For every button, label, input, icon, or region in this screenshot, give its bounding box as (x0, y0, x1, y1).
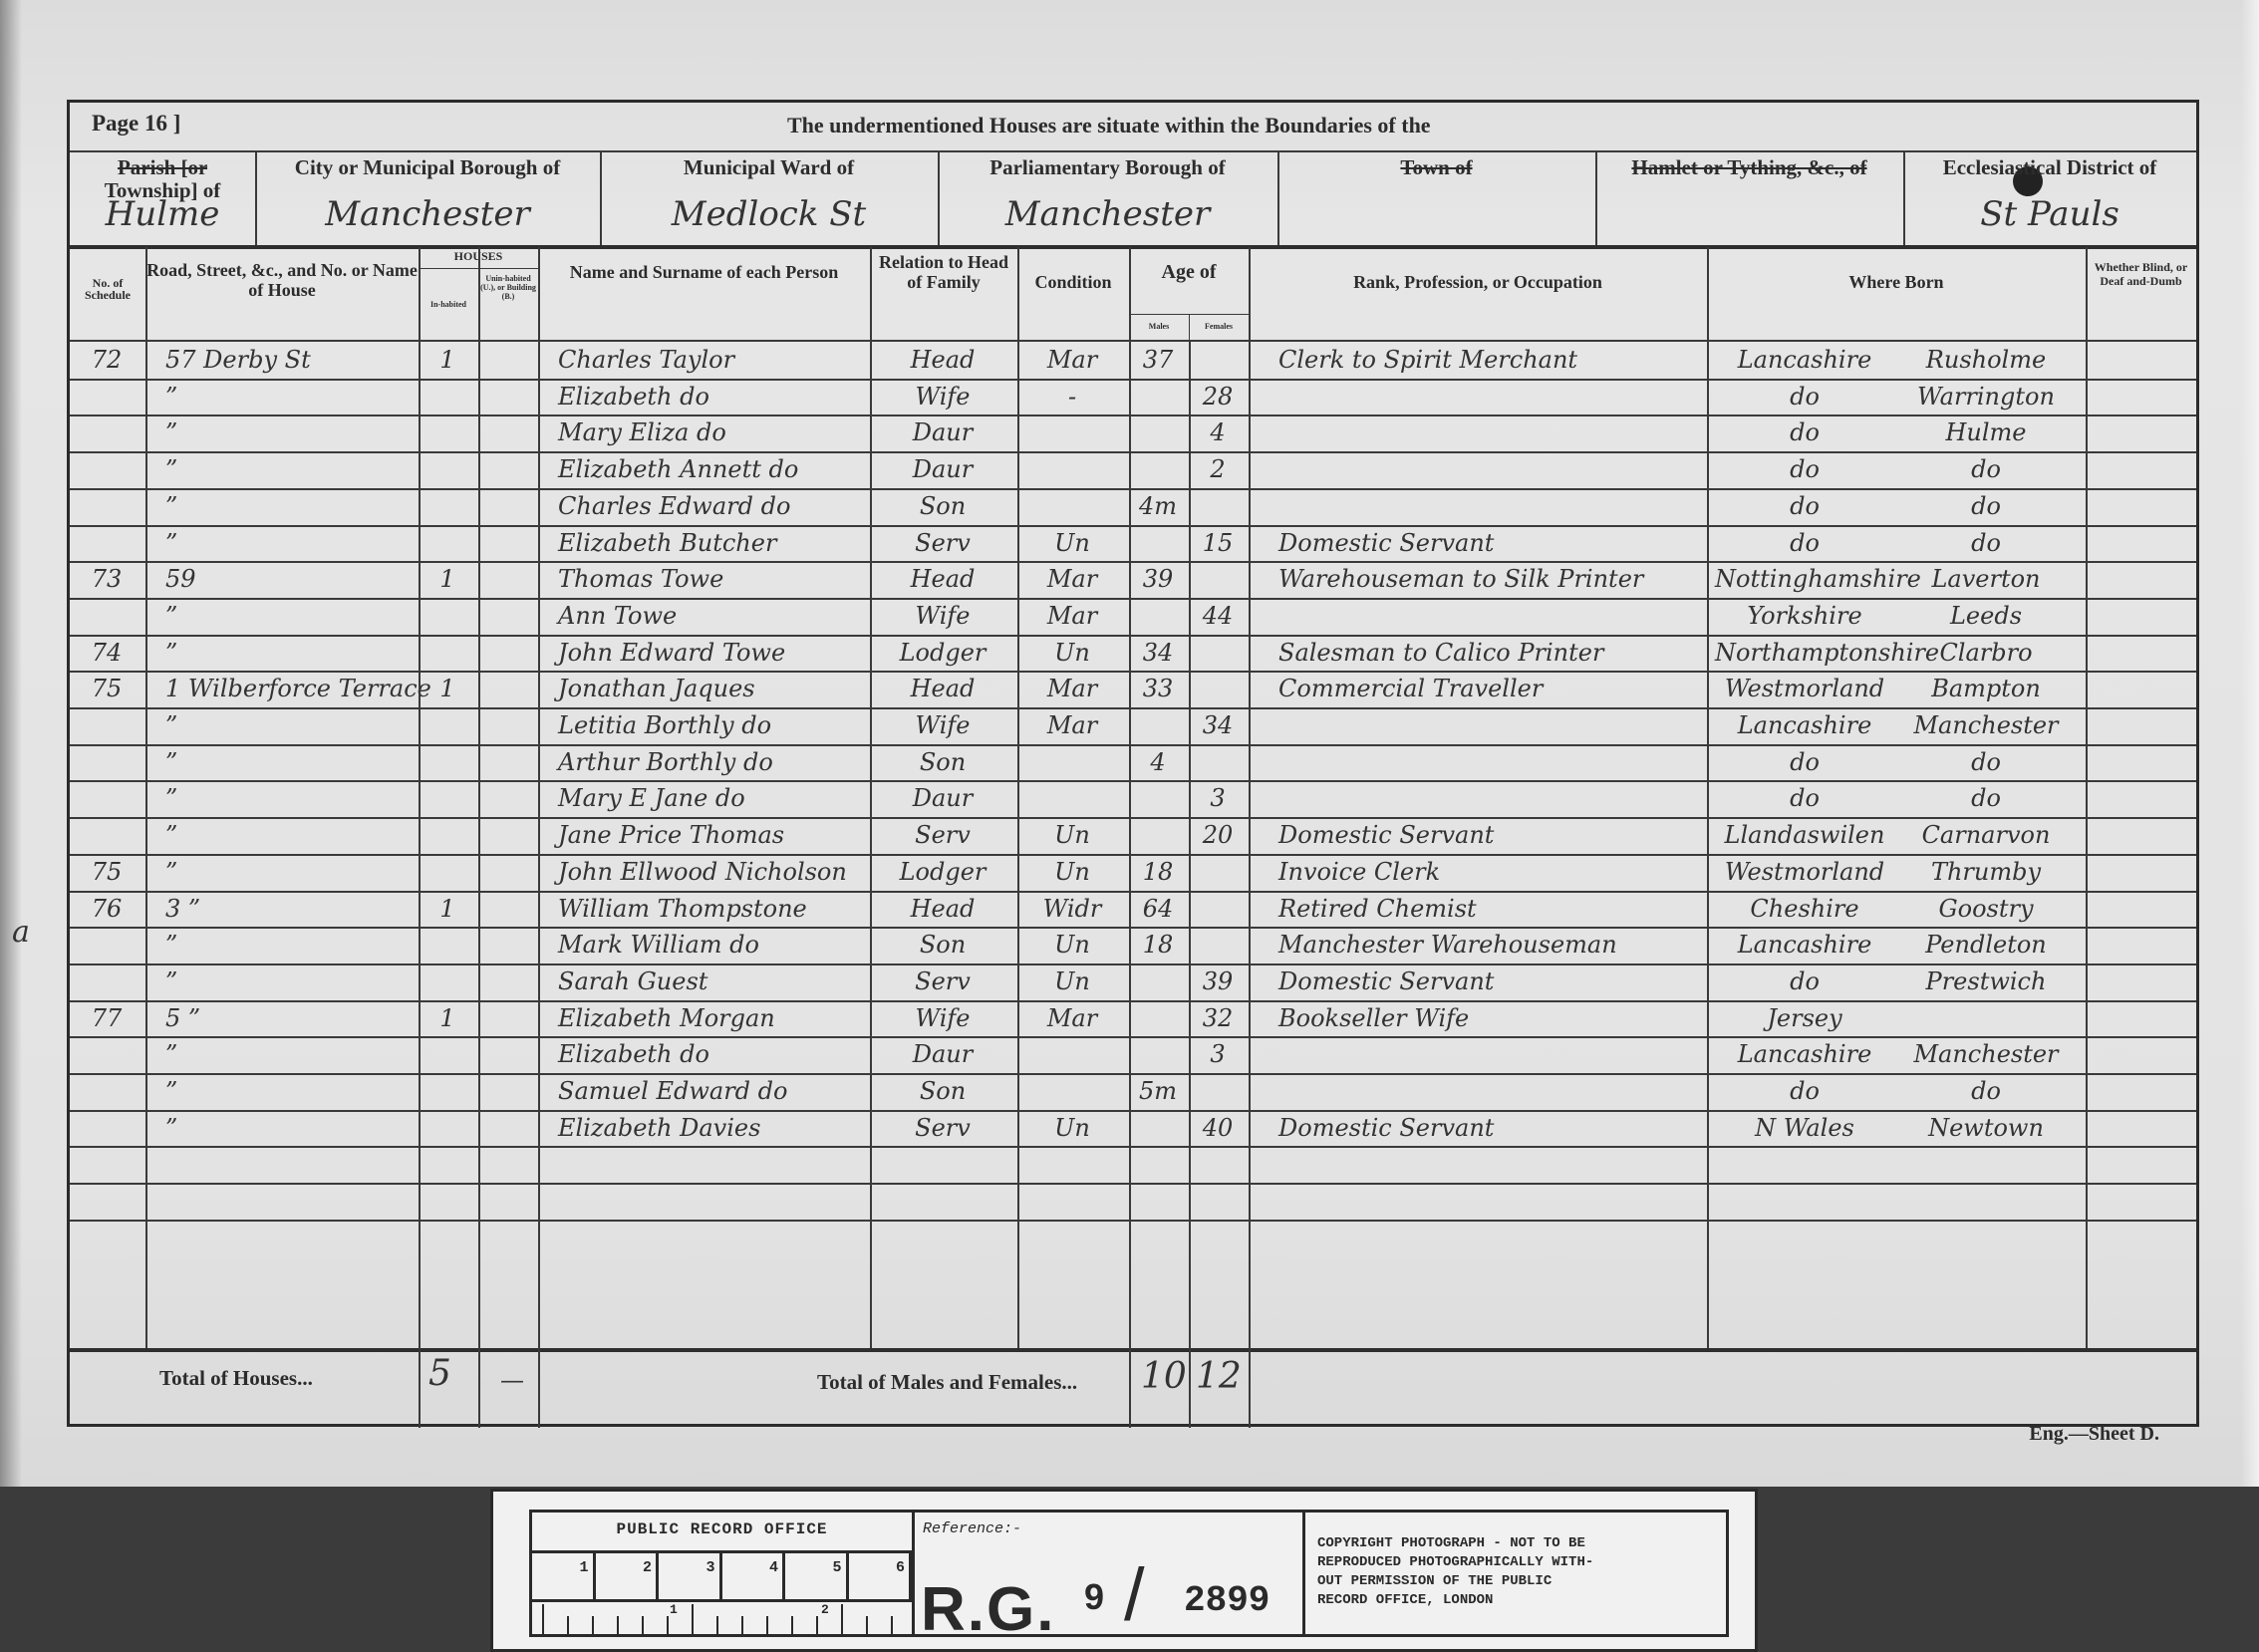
column-rule (145, 247, 147, 1348)
cell-name: Letitia Borthly do (558, 707, 866, 743)
cell-born-county: Lancashire (1715, 1036, 1894, 1072)
cell-schedule (72, 964, 141, 999)
cell-schedule: 77 (72, 1000, 141, 1036)
column-header-uninhabited: Unin-habited (U.), or Building (B.) (478, 274, 538, 301)
jurisdiction-label: Town of (1277, 156, 1595, 179)
ruler-mark: 2 (596, 1553, 660, 1599)
cell-condition: Un (1019, 1110, 1125, 1146)
cell-female_age (1191, 561, 1245, 597)
table-row (70, 1183, 2196, 1220)
column-rule (1129, 247, 1131, 1348)
cell-born-county: do (1715, 964, 1894, 999)
ruler-tick (766, 1616, 768, 1634)
cell-relation: Daur (872, 414, 1013, 450)
cell-born-county: Westmorland (1715, 854, 1894, 890)
cell-condition (1019, 1036, 1125, 1072)
column-rule (1707, 247, 1709, 1348)
cell-male_age (1131, 598, 1185, 634)
ruler-tick (866, 1616, 868, 1634)
cell-born-place: do (1896, 451, 2076, 487)
cell-name: Ann Towe (558, 598, 866, 634)
cell-schedule: 75 (72, 854, 141, 890)
cell-female_age: 28 (1191, 379, 1245, 414)
cell-female_age (1191, 1146, 1245, 1182)
ruler-inch-mark: 1 (670, 1602, 678, 1617)
cell-male_age: 33 (1131, 671, 1185, 706)
cell-condition: Un (1019, 525, 1125, 561)
cell-female_age (1191, 891, 1245, 927)
cell-road: ” (165, 488, 415, 524)
cell-road: ” (165, 817, 415, 853)
table-row: ”Arthur Borthly doSon4dodo (70, 744, 2196, 781)
cell-occupation: Salesman to Calico Printer (1278, 635, 1703, 671)
cell-schedule (72, 1183, 141, 1219)
cell-occupation (1278, 414, 1703, 450)
cell-relation: Son (872, 744, 1013, 780)
cell-born-county: do (1715, 379, 1894, 414)
cell-born-place: Pendleton (1896, 927, 2076, 963)
cell-schedule: 72 (72, 342, 141, 378)
cell-occupation: Bookseller Wife (1278, 1000, 1703, 1036)
cell-born-place: do (1896, 744, 2076, 780)
cell-occupation: Clerk to Spirit Merchant (1278, 342, 1703, 378)
column-header-schedule: No. of Schedule (70, 277, 145, 301)
cell-road: ” (165, 1036, 415, 1072)
total-uninhabited: — (500, 1366, 524, 1394)
jurisdiction-label: Parliamentary Borough of (938, 156, 1277, 179)
cell-inhabited (421, 1146, 474, 1182)
table-row: ”Letitia Borthly doWifeMar34LancashireMa… (70, 707, 2196, 744)
cell-male_age: 39 (1131, 561, 1185, 597)
cell-male_age (1131, 451, 1185, 487)
jurisdiction-label: Municipal Ward of (600, 156, 938, 179)
table-row: 74”John Edward ToweLodgerUn34Salesman to… (70, 635, 2196, 672)
cell-female_age (1191, 1183, 1245, 1219)
column-header-blind: Whether Blind, or Deaf and-Dumb (2086, 260, 2196, 288)
cell-male_age (1131, 707, 1185, 743)
cell-schedule (72, 598, 141, 634)
cell-male_age (1131, 817, 1185, 853)
cell-condition: Mar (1019, 561, 1125, 597)
table-row: 7257 Derby St1Charles TaylorHeadMar37Cle… (70, 342, 2196, 379)
cell-name: Jane Price Thomas (558, 817, 866, 853)
cell-relation: Son (872, 927, 1013, 963)
jurisdiction-4: Town of (1277, 152, 1595, 245)
cell-schedule (72, 414, 141, 450)
table-row: ”Sarah GuestServUn39Domestic ServantdoPr… (70, 964, 2196, 1000)
column-rule (870, 247, 872, 1348)
jurisdiction-0: Parish [or Township] ofHulme (70, 152, 255, 245)
cell-female_age: 39 (1191, 964, 1245, 999)
cell-born-place: Thrumby (1896, 854, 2076, 890)
cell-name: Mary Eliza do (558, 414, 866, 450)
ruler-mark: 6 (849, 1553, 913, 1599)
cell-schedule (72, 488, 141, 524)
cell-condition: Mar (1019, 598, 1125, 634)
margin-mark: a (12, 915, 30, 950)
table-row: ”Elizabeth ButcherServUn15Domestic Serva… (70, 525, 2196, 562)
cell-female_age (1191, 744, 1245, 780)
jurisdiction-1: City or Municipal Borough ofManchester (255, 152, 600, 245)
cell-born-county: do (1715, 488, 1894, 524)
column-rule (478, 247, 480, 1348)
column-rule (1189, 1348, 1191, 1428)
cell-relation: Head (872, 561, 1013, 597)
cell-born-county: Yorkshire (1715, 598, 1894, 634)
page-edge (2241, 0, 2259, 1487)
cell-schedule (72, 1073, 141, 1109)
reference-piece: 2899 (1184, 1580, 1270, 1621)
cell-relation: Son (872, 1073, 1013, 1109)
ruler-mark: 1 (532, 1553, 596, 1599)
cell-born-county: Cheshire (1715, 891, 1894, 927)
cell-relation: Lodger (872, 635, 1013, 671)
copyright-line: COPYRIGHT PHOTOGRAPH - NOT TO BE (1317, 1534, 1593, 1553)
cell-condition: Mar (1019, 342, 1125, 378)
cell-born-place: do (1896, 525, 2076, 561)
total-houses-label: Total of Houses... (159, 1366, 313, 1391)
struck-label: Town of (1400, 155, 1472, 179)
cell-inhabited (421, 635, 474, 671)
cell-inhabited (421, 927, 474, 963)
cell-male_age (1131, 964, 1185, 999)
cell-name: Jonathan Jaques (558, 671, 866, 706)
cell-born-place: Clarbro (1896, 635, 2076, 671)
cell-born-county: Lancashire (1715, 927, 1894, 963)
column-rule (419, 247, 421, 1348)
cell-male_age (1131, 1000, 1185, 1036)
cell-inhabited (421, 744, 474, 780)
table-row: 763 ”1William ThompstoneHeadWidr64Retire… (70, 891, 2196, 928)
cell-male_age (1131, 1036, 1185, 1072)
cell-born-county: Llandaswilen (1715, 817, 1894, 853)
cell-name: Charles Edward do (558, 488, 866, 524)
cell-born-county: do (1715, 451, 1894, 487)
cell-condition: Un (1019, 964, 1125, 999)
cell-road: ” (165, 525, 415, 561)
cell-condition: Mar (1019, 1000, 1125, 1036)
table-row: ”Charles Edward doSon4mdodo (70, 488, 2196, 525)
cell-born-place: Manchester (1896, 1036, 2076, 1072)
cell-schedule: 74 (72, 635, 141, 671)
column-rule (2086, 247, 2088, 1348)
cell-road: ” (165, 927, 415, 963)
cell-relation: Head (872, 891, 1013, 927)
column-rule (1017, 247, 1019, 1348)
cell-born-place: Laverton (1896, 561, 2076, 597)
ruler-tick (692, 1604, 694, 1634)
cell-born-place: do (1896, 780, 2076, 816)
column-header-females: Females (1189, 322, 1249, 331)
label-text: City or Municipal Borough of (295, 155, 560, 179)
cell-inhabited (421, 451, 474, 487)
jurisdiction-value: St Pauls (1903, 194, 2196, 234)
column-rule (478, 1348, 480, 1428)
cell-condition (1019, 414, 1125, 450)
copyright-line: OUT PERMISSION OF THE PUBLIC (1317, 1572, 1593, 1591)
cell-female_age: 32 (1191, 1000, 1245, 1036)
cell-inhabited (421, 414, 474, 450)
cell-born-county (1715, 1146, 1894, 1182)
cell-female_age: 20 (1191, 817, 1245, 853)
column-header-relation: Relation to Head of Family (870, 252, 1017, 292)
cell-born-place (1896, 1146, 2076, 1182)
cell-condition (1019, 451, 1125, 487)
jurisdiction-value: Manchester (255, 194, 600, 234)
cell-name (558, 1183, 866, 1219)
ruler-tick (542, 1604, 544, 1634)
cell-born-place: Manchester (1896, 707, 2076, 743)
cell-occupation (1278, 707, 1703, 743)
cell-born-county: Jersey (1715, 1000, 1894, 1036)
cell-occupation: Domestic Servant (1278, 1110, 1703, 1146)
ruler-tick (791, 1616, 793, 1634)
cell-schedule: 75 (72, 671, 141, 706)
cell-inhabited (421, 525, 474, 561)
column-rule (538, 247, 540, 1348)
cell-road: ” (165, 1110, 415, 1146)
cell-condition (1019, 1183, 1125, 1219)
cell-inhabited (421, 598, 474, 634)
reference-series: R.G. (921, 1574, 1055, 1645)
pro-title: PUBLIC RECORD OFFICE (532, 1520, 912, 1538)
cell-condition: Widr (1019, 891, 1125, 927)
cell-female_age (1191, 488, 1245, 524)
cell-born-county: do (1715, 780, 1894, 816)
column-header-inhabited: In-habited (419, 300, 478, 309)
cell-name: Elizabeth Morgan (558, 1000, 866, 1036)
cell-name: Sarah Guest (558, 964, 866, 999)
cell-condition: Un (1019, 635, 1125, 671)
copyright-line: RECORD OFFICE, LONDON (1317, 1591, 1593, 1610)
cell-male_age (1131, 1183, 1185, 1219)
cell-occupation (1278, 451, 1703, 487)
column-header-where_born: Where Born (1707, 272, 2086, 292)
cell-female_age: 15 (1191, 525, 1245, 561)
cell-born-county (1715, 1183, 1894, 1219)
copyright-line: REPRODUCED PHOTOGRAPHICALLY WITH- (1317, 1553, 1593, 1572)
cell-schedule: 76 (72, 891, 141, 927)
ruler-tick (667, 1616, 669, 1634)
cell-name: Mark William do (558, 927, 866, 963)
cell-born-county: N Wales (1715, 1110, 1894, 1146)
ruler-tick (642, 1616, 644, 1634)
pro-reference-box: Reference:- R.G. 9 / 2899 (915, 1513, 1305, 1634)
cell-schedule (72, 451, 141, 487)
page-fold-shadow (0, 0, 22, 1487)
page-label: Page 16 ] (92, 111, 180, 137)
cell-condition: Mar (1019, 671, 1125, 706)
cell-relation: Head (872, 671, 1013, 706)
cell-occupation (1278, 598, 1703, 634)
cell-male_age (1131, 525, 1185, 561)
cell-born-place: Newtown (1896, 1110, 2076, 1146)
label-text: Ecclesiastical District of (1943, 155, 2157, 179)
cell-road: ” (165, 451, 415, 487)
cell-occupation: Domestic Servant (1278, 525, 1703, 561)
cell-relation: Lodger (872, 854, 1013, 890)
total-inhabited: 5 (428, 1353, 451, 1394)
cell-road: ” (165, 635, 415, 671)
table-row: ”Jane Price ThomasServUn20Domestic Serva… (70, 817, 2196, 854)
cell-schedule (72, 744, 141, 780)
cell-inhabited (421, 964, 474, 999)
cell-born-place: Goostry (1896, 891, 2076, 927)
label-text: Municipal Ward of (684, 155, 854, 179)
cell-inhabited: 1 (421, 891, 474, 927)
cell-name: Thomas Towe (558, 561, 866, 597)
cell-condition (1019, 488, 1125, 524)
cell-relation: Serv (872, 1110, 1013, 1146)
cell-occupation: Commercial Traveller (1278, 671, 1703, 706)
cell-born-county: do (1715, 525, 1894, 561)
cell-inhabited (421, 1183, 474, 1219)
cell-inhabited (421, 1110, 474, 1146)
ruler-tick (891, 1616, 893, 1634)
cell-name: John Ellwood Nicholson (558, 854, 866, 890)
cell-male_age (1131, 1146, 1185, 1182)
cell-male_age: 4 (1131, 744, 1185, 780)
cell-occupation: Domestic Servant (1278, 817, 1703, 853)
cell-born-county: Lancashire (1715, 342, 1894, 378)
cell-female_age: 2 (1191, 451, 1245, 487)
cell-occupation: Retired Chemist (1278, 891, 1703, 927)
total-persons-label: Total of Males and Females... (817, 1370, 1077, 1395)
cell-relation: Wife (872, 598, 1013, 634)
cell-condition: Mar (1019, 707, 1125, 743)
table-row: 751 Wilberforce Terrace1Jonathan JaquesH… (70, 671, 2196, 707)
cell-inhabited (421, 1073, 474, 1109)
cell-schedule (72, 707, 141, 743)
cell-schedule (72, 817, 141, 853)
cell-road: 3 ” (165, 891, 415, 927)
cell-road: ” (165, 964, 415, 999)
cell-male_age: 18 (1131, 927, 1185, 963)
cell-schedule: 73 (72, 561, 141, 597)
jurisdiction-value: Medlock St (600, 194, 938, 234)
column-header-road: Road, Street, &c., and No. or Name of Ho… (145, 260, 419, 300)
cell-born-county: Northamptonshire (1715, 635, 1894, 671)
column-rule (419, 1348, 421, 1428)
cell-road: 5 ” (165, 1000, 415, 1036)
ruler-tick (741, 1616, 743, 1634)
cell-inhabited (421, 780, 474, 816)
cell-road: ” (165, 744, 415, 780)
cell-female_age: 40 (1191, 1110, 1245, 1146)
cell-male_age (1131, 414, 1185, 450)
cell-condition (1019, 1073, 1125, 1109)
cell-born-place: Hulme (1896, 414, 2076, 450)
cell-male_age: 64 (1131, 891, 1185, 927)
cell-male_age (1131, 1110, 1185, 1146)
cell-inhabited (421, 707, 474, 743)
cell-name: Elizabeth do (558, 1036, 866, 1072)
cell-relation: Serv (872, 964, 1013, 999)
table-row: ”Mark William doSonUn18Manchester Wareho… (70, 927, 2196, 964)
cell-male_age: 4m (1131, 488, 1185, 524)
total-males: 10 (1141, 1356, 1187, 1397)
cell-road: 1 Wilberforce Terrace (165, 671, 415, 706)
cell-female_age: 3 (1191, 1036, 1245, 1072)
cell-male_age: 5m (1131, 1073, 1185, 1109)
table-row: ”Elizabeth DaviesServUn40Domestic Servan… (70, 1110, 2196, 1147)
cell-schedule (72, 927, 141, 963)
cell-road: ” (165, 598, 415, 634)
table-row: 73591Thomas ToweHeadMar39Warehouseman to… (70, 561, 2196, 598)
cell-name: John Edward Towe (558, 635, 866, 671)
cell-relation: Wife (872, 379, 1013, 414)
cell-female_age: 34 (1191, 707, 1245, 743)
cell-female_age: 4 (1191, 414, 1245, 450)
cell-road: ” (165, 414, 415, 450)
cell-occupation (1278, 1036, 1703, 1072)
jurisdiction-value: Manchester (938, 194, 1277, 234)
column-header-name: Name and Surname of each Person (538, 262, 870, 282)
table-row: ”Samuel Edward doSon5mdodo (70, 1073, 2196, 1110)
cell-occupation (1278, 1183, 1703, 1219)
jurisdiction-label: Ecclesiastical District of (1903, 156, 2196, 179)
column-rule (1249, 247, 1251, 1348)
table-row: 75”John Ellwood NicholsonLodgerUn18Invoi… (70, 854, 2196, 891)
cell-born-place (1896, 1183, 2076, 1219)
cell-occupation (1278, 780, 1703, 816)
table-row: ”Ann ToweWifeMar44YorkshireLeeds (70, 598, 2196, 635)
pro-scale-box: PUBLIC RECORD OFFICE 1 2 3 4 5 6 1 2 (532, 1513, 915, 1634)
column-header-condition: Condition (1017, 272, 1129, 292)
reference-label: Reference:- (923, 1520, 1021, 1537)
cell-born-county: do (1715, 1073, 1894, 1109)
cell-condition: - (1019, 379, 1125, 414)
cell-occupation (1278, 379, 1703, 414)
cell-born-place: do (1896, 1073, 2076, 1109)
cell-schedule (72, 1036, 141, 1072)
column-rule (1249, 1348, 1251, 1428)
ruler-tick (592, 1616, 594, 1634)
cell-road: ” (165, 707, 415, 743)
cell-male_age: 18 (1131, 854, 1185, 890)
cell-born-place (1896, 1000, 2076, 1036)
cell-road: ” (165, 379, 415, 414)
cell-name: Elizabeth do (558, 379, 866, 414)
column-header-occupation: Rank, Profession, or Occupation (1249, 272, 1707, 292)
table-row: ”Mary Eliza doDaur4doHulme (70, 414, 2196, 451)
cell-relation: Son (872, 488, 1013, 524)
cell-name: Elizabeth Davies (558, 1110, 866, 1146)
ruler-tick (617, 1616, 619, 1634)
cell-born-place: Leeds (1896, 598, 2076, 634)
column-rule (538, 1348, 540, 1428)
ruler-bottom: 1 2 (532, 1600, 912, 1636)
cell-born-county: Lancashire (1715, 707, 1894, 743)
cell-relation (872, 1183, 1013, 1219)
cell-condition (1019, 1146, 1125, 1182)
ruler-tick (716, 1616, 718, 1634)
struck-label: Parish [or (118, 155, 207, 179)
cell-name: Charles Taylor (558, 342, 866, 378)
ruler-tick (816, 1616, 818, 1634)
table-row: 775 ”1Elizabeth MorganWifeMar32Bookselle… (70, 1000, 2196, 1037)
cell-inhabited (421, 379, 474, 414)
cell-name: Mary E Jane do (558, 780, 866, 816)
cell-schedule (72, 525, 141, 561)
cell-condition (1019, 780, 1125, 816)
table-row: ”Elizabeth Annett doDaur2dodo (70, 451, 2196, 488)
cell-schedule (72, 379, 141, 414)
cell-name: Elizabeth Annett do (558, 451, 866, 487)
total-females: 12 (1196, 1356, 1242, 1397)
sheet-footer: Eng.—Sheet D. (2029, 1423, 2159, 1446)
cell-occupation: Invoice Clerk (1278, 854, 1703, 890)
